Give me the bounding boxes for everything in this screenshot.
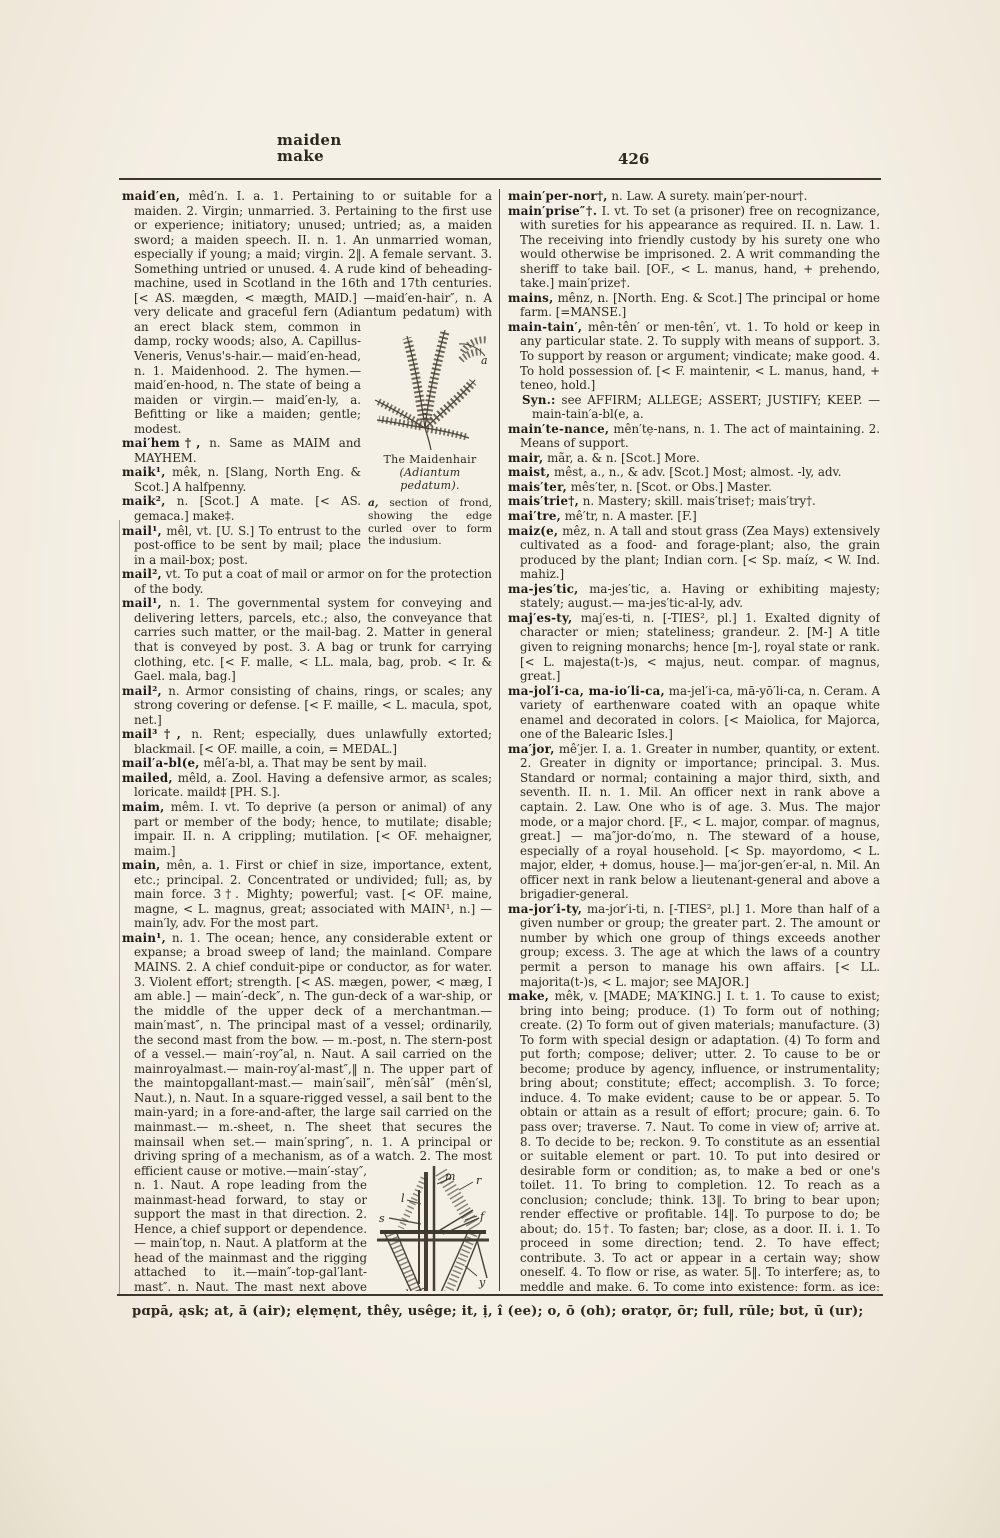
entry-mail3: mail³†, n. Rent; especially, dues unlawf… — [122, 727, 492, 756]
entry-mail1-n: mail¹, n. 1. The governmental system for… — [122, 596, 492, 683]
entry-mailable: mail′a-bl(e, mêl′a-bl, a. That may be se… — [122, 756, 492, 771]
headword: ma-jes′tic, — [508, 582, 579, 596]
headword: maiz(e, — [508, 524, 558, 538]
maintop-label-l: l — [401, 1192, 405, 1205]
fern-note-lead: a, — [368, 497, 379, 509]
entry-text: n. [Scot.] A mate. [< AS. gemaca.] make‡… — [134, 494, 361, 523]
text-columns: maid′en, mêd′n. I. a. 1. Pertaining to o… — [122, 189, 880, 1291]
entry-text: mêd′n. I. a. 1. Pertaining to or suitabl… — [134, 189, 492, 334]
entry-text: n. 1. The governmental system for convey… — [134, 596, 492, 683]
left-margin-rule — [119, 520, 120, 1294]
entry-mail2-n: mail², n. Armor consisting of chains, ri… — [122, 684, 492, 728]
maintop-label-s: s — [379, 1212, 385, 1225]
entry-mair: mair, mãr, a. & n. [Scot.] More. — [508, 451, 880, 466]
entry-maim: maim, mêm. I. vt. To deprive (a person o… — [122, 800, 492, 858]
headword: mail², — [122, 567, 162, 581]
entry-maize: maiz(e, mêz, n. A tall and stout grass (… — [508, 524, 880, 582]
headword: make, — [508, 989, 549, 1003]
headword: ma′jor, — [508, 742, 555, 756]
entry-maiden: maid′en, mêd′n. I. a. 1. Pertaining to o… — [122, 189, 492, 436]
headword: ma-jor′i-ty, — [508, 902, 582, 916]
footer-rule — [117, 1294, 883, 1296]
entry-maistrie: mais′trie†, n. Mastery; skill. mais′tris… — [508, 494, 880, 509]
entry-text: mãr, a. & n. [Scot.] More. — [543, 451, 699, 465]
entry-maintain: main-tain′, mên-tên′ or men-tên′, vt. 1.… — [508, 320, 880, 393]
entry-text: mêk, n. [Slang, North Eng. & Scot.] A ha… — [134, 465, 361, 494]
rigging-lines — [377, 1166, 489, 1291]
entry-text: see AFFIRM; ALLEGE; ASSERT; JUSTIFY; KEE… — [532, 393, 880, 422]
headword: maik², — [122, 494, 166, 508]
headword: main-tain′, — [508, 320, 582, 334]
headword: main′prise″†. — [508, 204, 597, 218]
headword: mai′tre, — [508, 509, 561, 523]
fern-note-text: section of frond, showing the edge curle… — [368, 497, 492, 547]
fern-caption-latin: (Adiantum pedatum). — [399, 466, 460, 492]
entry-text: mên, a. 1. First or chief in size, impor… — [134, 858, 492, 930]
headword: mai′hem†, — [122, 436, 201, 450]
headword: mais′ter, — [508, 480, 567, 494]
headword: mailed, — [122, 771, 173, 785]
entry-text: mê′jer. I. a. 1. Greater in number, quan… — [520, 742, 880, 901]
entry-text: mêst, a., n., & adv. [Scot.] Most; almos… — [550, 465, 841, 479]
headword: mail′a-bl(e, — [122, 756, 200, 770]
entry-maist: maist, mêst, a., n., & adv. [Scot.] Most… — [508, 465, 880, 480]
dictionary-page: maiden make 426 maid′en, mêd′n. I. a. 1.… — [0, 0, 1000, 1538]
entry-text: mêld, a. Zool. Having a defensive armor,… — [134, 771, 492, 800]
headword: maid′en, — [122, 189, 180, 203]
fern-caption: The Maidenhair (Adiantum pedatum). — [368, 453, 492, 492]
entry-mail2-vt: mail², vt. To put a coat of mail or armo… — [122, 567, 492, 596]
headword: mais′trie†, — [508, 494, 579, 508]
maintop-illustration: l m r s f y l — [377, 1166, 489, 1291]
entry-text: n. Law. A surety. main′per-nour†. — [608, 189, 808, 203]
entry-main1-n: main¹, n. 1. The ocean; hence, any consi… — [122, 931, 492, 1291]
headword: mair, — [508, 451, 543, 465]
entry-text: vt. To put a coat of mail or armor on fo… — [134, 567, 492, 596]
entry-text: mêk, v. [MADE; MA′KING.] I. t. 1. To cau… — [520, 989, 880, 1291]
entry-text: mêl, vt. [U. S.] To entrust to the post-… — [134, 524, 361, 567]
headword: mail³†, — [122, 727, 181, 741]
entry-majolica: ma-jol′i-ca, ma-io′li-ca, ma-jel′i-ca, m… — [508, 684, 880, 742]
headword: main′te-nance, — [508, 422, 609, 436]
entry-text: n. Rent; especially, dues unlawfully ext… — [134, 727, 492, 756]
entry-maintain-synonyms: Syn.: see AFFIRM; ALLEGE; ASSERT; JUSTIF… — [508, 393, 880, 422]
headword: mail², — [122, 684, 162, 698]
guide-word-top: maiden — [277, 132, 342, 148]
entry-text: mê′tr, n. A master. [F.] — [561, 509, 697, 523]
headword: maj′es-ty, — [508, 611, 572, 625]
headword: mail¹, — [122, 596, 162, 610]
headword: main, — [122, 858, 161, 872]
entry-majesty: maj′es-ty, maj′es-ti, n. [-TIES², pl.] 1… — [508, 611, 880, 684]
entry-text: maj′es-ti, n. [-TIES², pl.] 1. Exalted d… — [520, 611, 880, 683]
right-column: main′per-nor†, n. Law. A surety. main′pe… — [500, 189, 880, 1291]
header-rule — [119, 178, 881, 180]
fern-label-a: a — [481, 354, 488, 367]
headword: main¹, — [122, 931, 166, 945]
headword: mains, — [508, 291, 553, 305]
entry-text: common in damp, rocky woods; also, A. Ca… — [134, 320, 361, 436]
fern-fronds — [375, 330, 487, 450]
pronunciation-key: pɑpā, ąsk; at, ā (air); elẹmẹnt, thêy, u… — [132, 1304, 882, 1319]
fern-caption-name: The Maidenhair — [383, 453, 476, 466]
headword: maim, — [122, 800, 164, 814]
entry-maitre: mai′tre, mê′tr, n. A master. [F.] — [508, 509, 880, 524]
entry-majority: ma-jor′i-ty, ma-jor′i-ti, n. [-TIES², pl… — [508, 902, 880, 989]
entry-text: n. Armor consisting of chains, rings, or… — [134, 684, 492, 727]
entry-maintenance: main′te-nance, mên′tẹ-nans, n. 1. The ac… — [508, 422, 880, 451]
headword: mail¹, — [122, 524, 162, 538]
entry-text: n. 1. The ocean; hence, any considerable… — [134, 931, 492, 1163]
entry-mainpernor: main′per-nor†, n. Law. A surety. main′pe… — [508, 189, 880, 204]
headword: ma-jol′i-ca, ma-io′li-ca, — [508, 684, 665, 698]
entry-text: n. Mastery; skill. mais′trise†; mais′try… — [579, 494, 816, 508]
entry-mailed: mailed, mêld, a. Zool. Having a defensiv… — [122, 771, 492, 800]
maintop-label-r: r — [476, 1174, 482, 1187]
entry-text: mêm. I. vt. To deprive (a person or anim… — [134, 800, 492, 858]
headword: maik¹, — [122, 465, 166, 479]
entry-major: ma′jor, mê′jer. I. a. 1. Greater in numb… — [508, 742, 880, 902]
left-column: maid′en, mêd′n. I. a. 1. Pertaining to o… — [122, 189, 500, 1291]
guide-words: maiden make — [277, 132, 342, 164]
guide-word-bottom: make — [277, 148, 342, 164]
entry-majestic: ma-jes′tic, ma-jes′tic, a. Having or exh… — [508, 582, 880, 611]
figure-maidenhair-fern: a The Maidenhair (Adiantum pedatum). a, … — [368, 322, 492, 548]
entry-text: mêl′a-bl, a. That may be sent by mail. — [200, 756, 427, 770]
headword: maist, — [508, 465, 550, 479]
entry-mainprise: main′prise″†. I. vt. To set (a prisoner)… — [508, 204, 880, 291]
maidenhair-fern-illustration: a — [369, 322, 491, 452]
syn-label: Syn.: — [522, 393, 556, 407]
maintop-label-m: m — [445, 1170, 455, 1183]
page-number: 426 — [618, 150, 649, 168]
entry-mains: mains, mênz, n. [North. Eng. & Scot.] Th… — [508, 291, 880, 320]
maintop-label-l2: l — [405, 1288, 409, 1291]
entry-main-adj: main, mên, a. 1. First or chief in size,… — [122, 858, 492, 931]
maintop-label-f: f — [479, 1210, 486, 1223]
maintop-label-y: y — [478, 1276, 486, 1289]
entry-maister: mais′ter, mês′ter, n. [Scot. or Obs.] Ma… — [508, 480, 880, 495]
entry-text: mês′ter, n. [Scot. or Obs.] Master. — [567, 480, 772, 494]
entry-text: mêz, n. A tall and stout grass (Zea Mays… — [520, 524, 880, 582]
entry-text: mênz, n. [North. Eng. & Scot.] The princ… — [520, 291, 880, 320]
headword: main′per-nor†, — [508, 189, 608, 203]
fern-note: a, section of frond, showing the edge cu… — [368, 497, 492, 548]
entry-make: make, mêk, v. [MADE; MA′KING.] I. t. 1. … — [508, 989, 880, 1291]
figure-maintop: l m r s f y l Maintop of aVessel. f, fut… — [374, 1166, 492, 1291]
